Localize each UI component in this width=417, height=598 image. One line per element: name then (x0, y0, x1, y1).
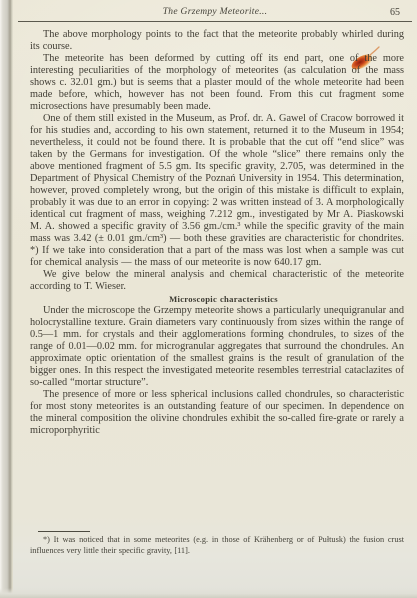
paragraph: We give below the mineral analysis and c… (30, 269, 404, 293)
footnote-separator (38, 531, 90, 532)
footnote-text: *) It was noticed that in some meteorite… (30, 535, 404, 556)
header-rule (18, 21, 412, 22)
paragraph: One of them still existed in the Museum,… (30, 113, 404, 269)
paragraph: The meteorite has been deformed by cutti… (30, 53, 404, 113)
page-header: The Grzempy Meteorite... 65 (13, 7, 417, 21)
scanned-page: The Grzempy Meteorite... 65 The above mo… (0, 0, 417, 598)
book-edge (0, 0, 13, 598)
paragraph: The presence of more or less spherical i… (30, 389, 404, 437)
scan-bottom-shadow (0, 588, 417, 598)
page-number: 65 (390, 7, 400, 18)
paragraph: Under the microscope the Grzempy meteori… (30, 305, 404, 389)
paragraph: The above morphology points to the fact … (30, 29, 404, 53)
section-heading: Microscopic characteristics (30, 293, 404, 305)
body-text: The above morphology points to the fact … (30, 29, 404, 437)
running-title: The Grzempy Meteorite... (13, 7, 417, 17)
footnote: *) It was noticed that in some meteorite… (30, 531, 404, 556)
